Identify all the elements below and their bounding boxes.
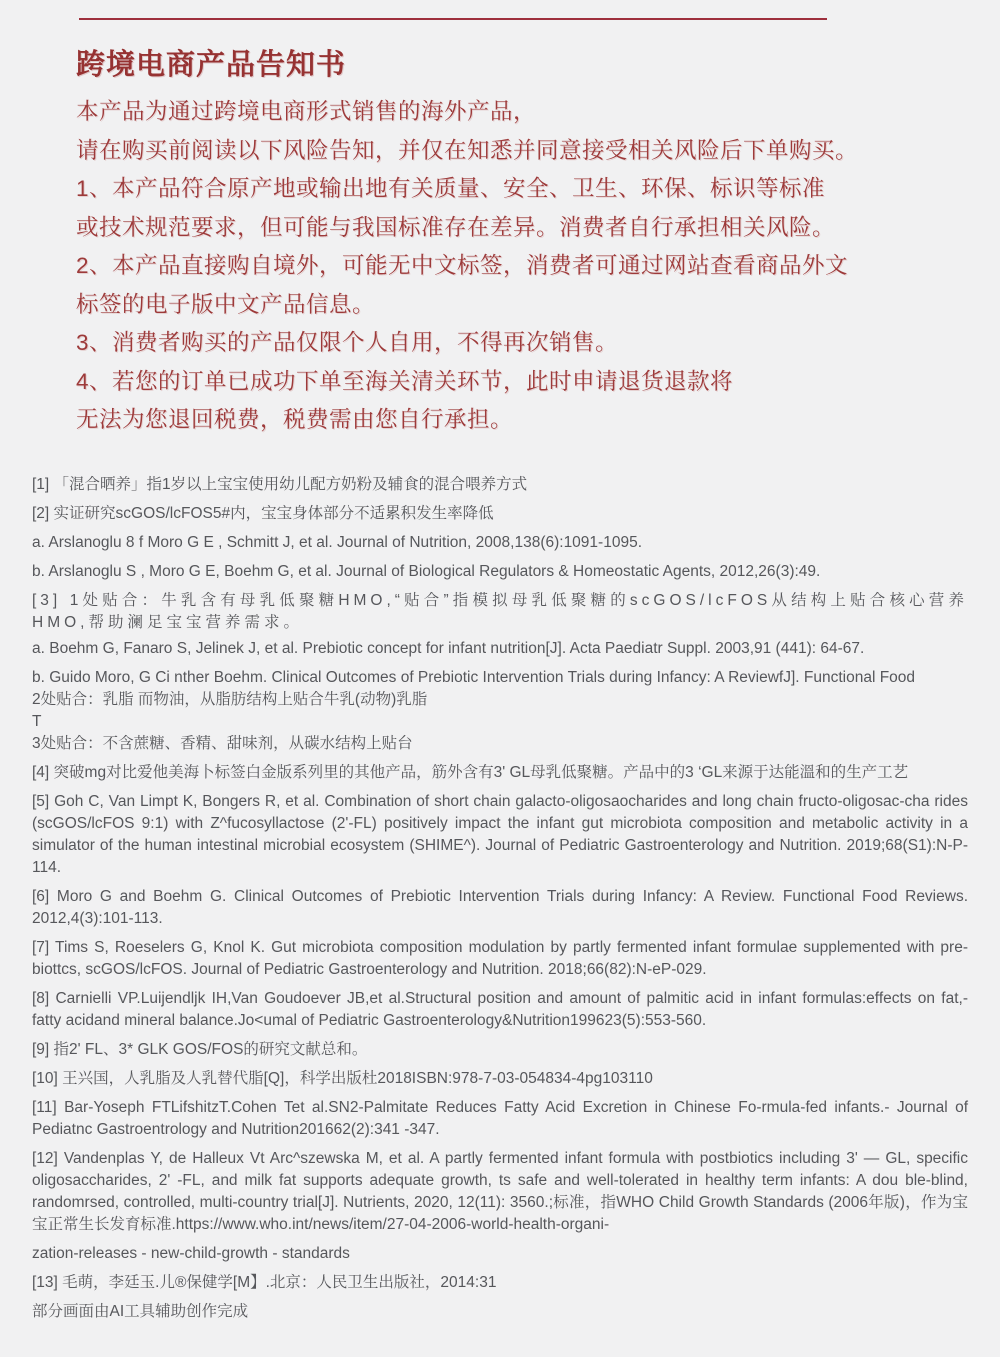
footnote-line: b. Guido Moro, G Ci nther Boehm. Clinica… <box>32 667 968 689</box>
footnote-line: 部分画面由AI工具辅助创作完成 <box>32 1301 968 1323</box>
footnote-line: [6] Moro G and Boehm G. Clinical Outcome… <box>32 886 968 930</box>
footnote-line: [3] 1处贴合：牛乳含有母乳低聚糖HMO,“贴合”指模拟母乳低聚糖的scGOS… <box>32 590 968 634</box>
notice-title: 跨境电商产品告知书 <box>76 42 880 83</box>
notice-line: 无法为您退回税费，税费需由您自行承担。 <box>76 401 880 440</box>
footnotes-section: [1] 「混合晒养」指1岁以上宝宝使用幼儿配方奶粉及辅食的混合喂养方式 [2] … <box>0 474 1000 1357</box>
footnote-line: [11] Bar-Yoseph FTLifshitzT.Cohen Tet al… <box>32 1097 968 1141</box>
footnote-line: [12] Vandenplas Y, de Halleux Vt Arc^sze… <box>32 1148 968 1236</box>
footnote-line: T <box>32 711 968 733</box>
footnote-line: b. Arslanoglu S , Moro G E, Boehm G, et … <box>32 561 968 583</box>
footnote-line: [2] 实证研究scGOS/lcFOS5#内，宝宝身体部分不适累积发生率降低 <box>32 503 968 525</box>
footnote-line: [1] 「混合晒养」指1岁以上宝宝使用幼儿配方奶粉及辅食的混合喂养方式 <box>32 474 968 496</box>
top-divider-rule <box>79 18 827 20</box>
footnote-line: 3处贴合：不含蔗糖、香精、甜味剂，从碳水结构上贴台 <box>32 733 968 755</box>
page: 跨境电商产品告知书 本产品为通过跨境电商形式销售的海外产品， 请在购买前阅读以下… <box>0 0 1000 1357</box>
footnote-line: 2处贴合：乳脂 而物油，从脂肪结构上贴合牛乳(动物)乳脂 <box>32 689 968 711</box>
notice-line: 标签的电子版中文产品信息。 <box>76 286 880 325</box>
notice-line: 1、本产品符合原产地或输出地有关质量、安全、卫生、环保、标识等标准 <box>76 170 880 209</box>
footnote-line: [5] Goh C, Van Limpt K, Bongers R, et al… <box>32 791 968 879</box>
notice-section: 跨境电商产品告知书 本产品为通过跨境电商形式销售的海外产品， 请在购买前阅读以下… <box>0 0 1000 440</box>
notice-line: 4、若您的订单已成功下单至海关清关环节，此时申请退货退款将 <box>76 363 880 402</box>
footnote-line: [4] 突破mg对比爱他美海卜标签白金版系列里的其他产品，筋外含有3' GL母乳… <box>32 762 968 784</box>
notice-line: 或技术规范要求，但可能与我国标准存在差异。消费者自行承担相关风险。 <box>76 209 880 248</box>
footnote-line: [8] Carnielli VP.Luijendljk IH,Van Goudo… <box>32 988 968 1032</box>
footnote-line: [10] 王兴国，人乳脂及人乳替代脂[Q]，科学出版杜2018ISBN:978-… <box>32 1068 968 1090</box>
footnote-line: zation-releases - new-child-growth - sta… <box>32 1243 968 1265</box>
notice-line: 本产品为通过跨境电商形式销售的海外产品， <box>76 93 880 132</box>
notice-line: 请在购买前阅读以下风险告知，并仅在知悉并同意接受相关风险后下单购买。 <box>76 132 880 171</box>
footnote-line: a. Boehm G, Fanaro S, Jelinek J, et al. … <box>32 638 968 660</box>
footnote-line: [13] 毛萌，李廷玉.儿®保健学[M】.北京：人民卫生出版社，2014:31 <box>32 1272 968 1294</box>
footnote-line: [9] 指2' FL、3* GLK GOS/FOS的研究文献总和。 <box>32 1039 968 1061</box>
notice-line: 3、消费者购买的产品仅限个人自用，不得再次销售。 <box>76 324 880 363</box>
notice-line: 2、本产品直接购自境外，可能无中文标签，消费者可通过网站查看商品外文 <box>76 247 880 286</box>
footnote-line: [7] Tims S, Roeselers G, Knol K. Gut mic… <box>32 937 968 981</box>
footnote-line: a. Arslanoglu 8 f Moro G E , Schmitt J, … <box>32 532 968 554</box>
